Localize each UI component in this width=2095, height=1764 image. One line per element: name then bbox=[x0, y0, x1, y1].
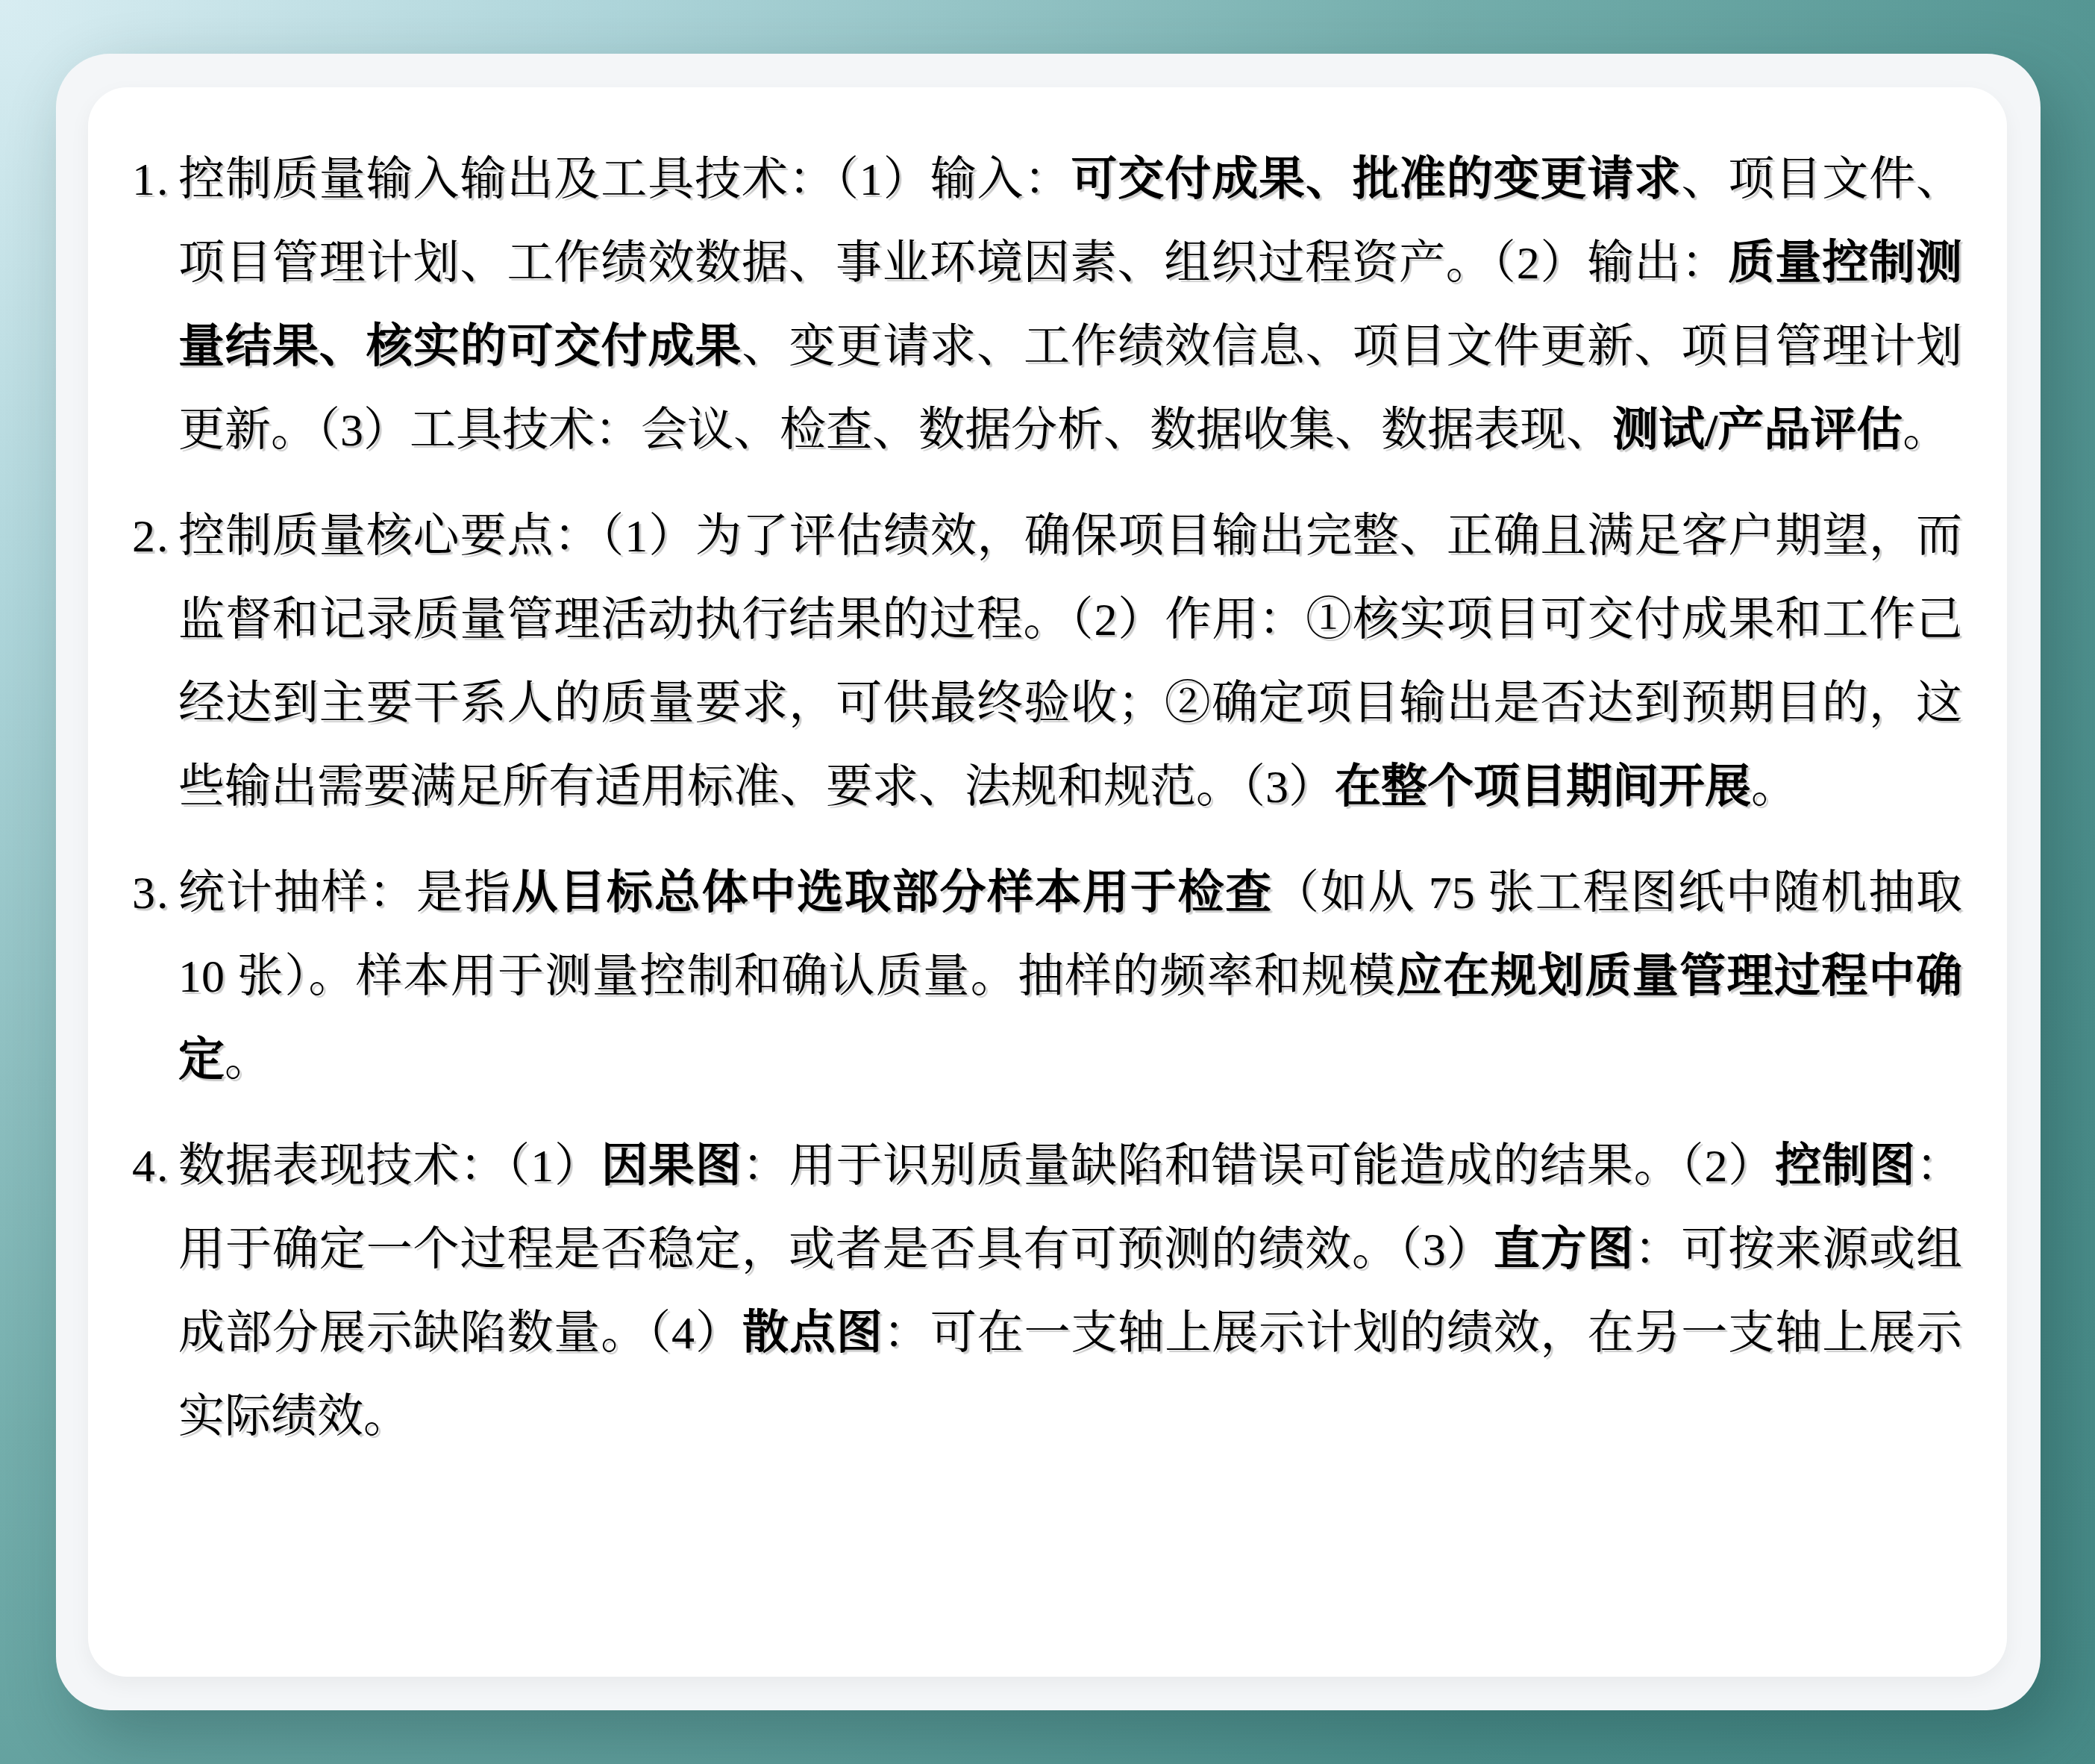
note-item: 3.统计抽样：是指从目标总体中选取部分样本用于检查（如从 75 张工程图纸中随机… bbox=[132, 851, 1962, 1102]
text-segment: 统计抽样：是指 bbox=[178, 868, 511, 919]
text-segment-bold: 从目标总体中选取部分样本用于检查 bbox=[511, 868, 1273, 919]
text-segment-bold: 可交付成果、批准的变更请求 bbox=[1071, 154, 1681, 205]
item-text: 数据表现技术：（1）因果图：用于识别质量缺陷和错误可能造成的结果。（2）控制图：… bbox=[178, 1141, 1962, 1442]
text-segment: ：用于识别质量缺陷和错误可能造成的结果。（2） bbox=[742, 1141, 1776, 1192]
notes-card-inner: 1.控制质量输入输出及工具技术：（1）输入：可交付成果、批准的变更请求、项目文件… bbox=[88, 87, 2007, 1677]
note-item: 2.控制质量核心要点：（1）为了评估绩效，确保项目输出完整、正确且满足客户期望，… bbox=[132, 495, 1962, 829]
item-text: 控制质量输入输出及工具技术：（1）输入：可交付成果、批准的变更请求、项目文件、项… bbox=[178, 154, 1962, 456]
text-segment-bold: 在整个项目期间开展 bbox=[1335, 762, 1751, 813]
text-segment: 。 bbox=[225, 1035, 271, 1086]
item-text: 控制质量核心要点：（1）为了评估绩效，确保项目输出完整、正确且满足客户期望，而监… bbox=[178, 511, 1962, 813]
note-item: 1.控制质量输入输出及工具技术：（1）输入：可交付成果、批准的变更请求、项目文件… bbox=[132, 138, 1962, 472]
note-list: 1.控制质量输入输出及工具技术：（1）输入：可交付成果、批准的变更请求、项目文件… bbox=[132, 138, 1962, 1654]
text-segment-bold: 控制图 bbox=[1775, 1141, 1916, 1192]
text-segment: 。 bbox=[1751, 762, 1797, 813]
text-segment-bold: 因果图 bbox=[601, 1141, 742, 1192]
text-segment-bold: 测试/产品评估 bbox=[1612, 405, 1903, 456]
item-number: 3. bbox=[132, 851, 170, 935]
item-number: 1. bbox=[132, 138, 170, 222]
item-text: 统计抽样：是指从目标总体中选取部分样本用于检查（如从 75 张工程图纸中随机抽取… bbox=[178, 868, 1962, 1086]
text-segment: 数据表现技术：（1） bbox=[178, 1141, 601, 1192]
text-segment: 控制质量输入输出及工具技术：（1）输入： bbox=[178, 154, 1071, 205]
item-number: 2. bbox=[132, 495, 170, 578]
note-item: 4.数据表现技术：（1）因果图：用于识别质量缺陷和错误可能造成的结果。（2）控制… bbox=[132, 1125, 1962, 1459]
text-segment: 。 bbox=[1903, 405, 1949, 456]
text-segment-bold: 直方图 bbox=[1494, 1225, 1635, 1275]
notes-card: 1.控制质量输入输出及工具技术：（1）输入：可交付成果、批准的变更请求、项目文件… bbox=[56, 54, 2041, 1710]
text-segment-bold: 散点图 bbox=[742, 1308, 883, 1359]
item-number: 4. bbox=[132, 1125, 170, 1208]
